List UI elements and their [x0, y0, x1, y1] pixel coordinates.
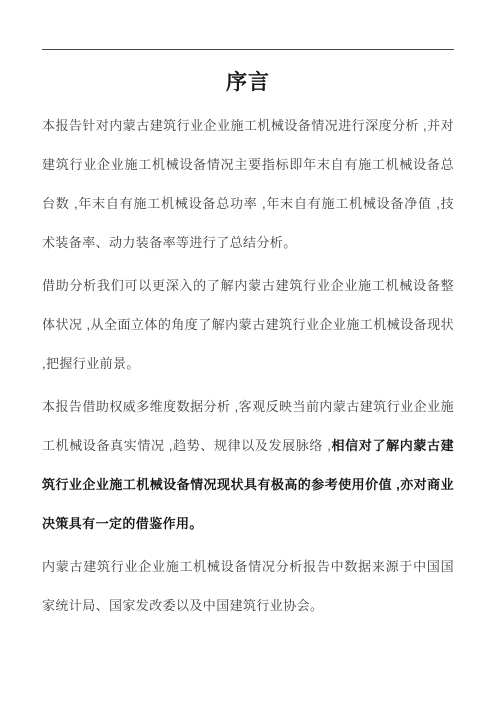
- paragraph-2-text: 借助分析我们可以更深入的了解内蒙古建筑行业企业施工机械设备整体状况 ,从全面立体…: [42, 278, 454, 371]
- document-body: 本报告针对内蒙古建筑行业企业施工机械设备情况进行深度分析 ,并对建筑行业企业施工…: [42, 106, 454, 625]
- header-rule: [42, 49, 454, 50]
- paragraph-1: 本报告针对内蒙古建筑行业企业施工机械设备情况进行深度分析 ,并对建筑行业企业施工…: [42, 106, 454, 262]
- paragraph-4-text: 内蒙古建筑行业企业施工机械设备情况分析报告中数据来源于中国国家统计局、国家发改委…: [42, 559, 454, 613]
- paragraph-4: 内蒙古建筑行业企业施工机械设备情况分析报告中数据来源于中国国家统计局、国家发改委…: [42, 547, 454, 625]
- paragraph-3: 本报告借助权威多维度数据分析 ,客观反映当前内蒙古建筑行业企业施工机械设备真实情…: [42, 387, 454, 543]
- document-page: 序言 本报告针对内蒙古建筑行业企业施工机械设备情况进行深度分析 ,并对建筑行业企…: [0, 0, 496, 701]
- page-title: 序言: [42, 69, 454, 96]
- paragraph-2: 借助分析我们可以更深入的了解内蒙古建筑行业企业施工机械设备整体状况 ,从全面立体…: [42, 266, 454, 383]
- paragraph-1-text: 本报告针对内蒙古建筑行业企业施工机械设备情况进行深度分析 ,并对建筑行业企业施工…: [42, 118, 454, 250]
